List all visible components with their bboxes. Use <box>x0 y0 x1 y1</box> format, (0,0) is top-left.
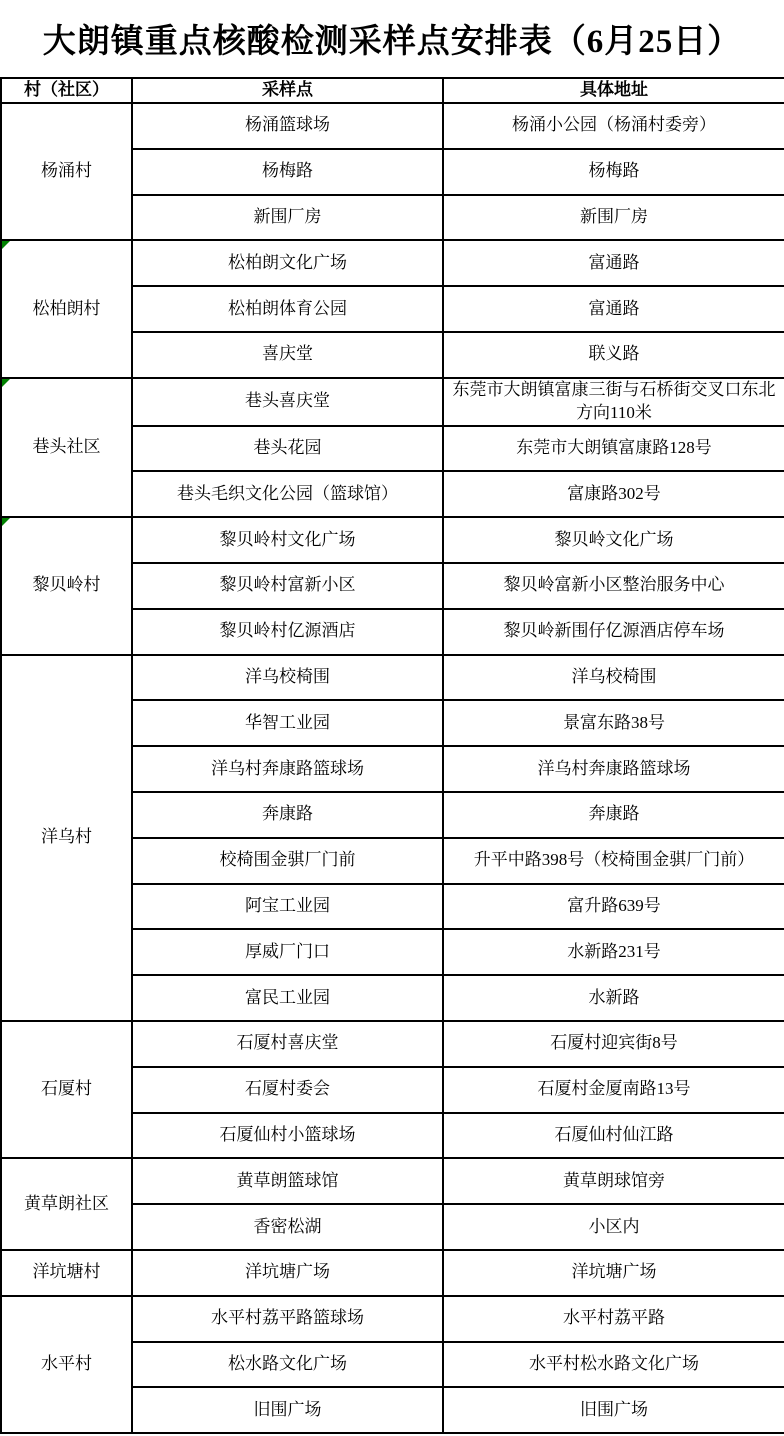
address-cell: 水新路231号 <box>443 929 784 975</box>
address-cell: 水平村松水路文化广场 <box>443 1342 784 1388</box>
sampling-point-cell: 黄草朗篮球馆 <box>132 1158 443 1204</box>
header-address: 具体地址 <box>443 78 784 103</box>
sampling-point-cell: 石厦村喜庆堂 <box>132 1021 443 1067</box>
address-cell: 富升路639号 <box>443 884 784 930</box>
sampling-point-cell: 黎贝岭村亿源酒店 <box>132 609 443 655</box>
address-cell: 富通路 <box>443 240 784 286</box>
address-cell: 富康路302号 <box>443 471 784 517</box>
table-row: 洋乌村洋乌校椅围洋乌校椅围 <box>1 655 784 701</box>
address-cell: 黎贝岭富新小区整治服务中心 <box>443 563 784 609</box>
table-row: 黎贝岭村黎贝岭村文化广场黎贝岭文化广场 <box>1 517 784 563</box>
sampling-point-cell: 水平村荔平路篮球场 <box>132 1296 443 1342</box>
sampling-point-cell: 喜庆堂 <box>132 332 443 378</box>
sampling-point-cell: 洋乌村奔康路篮球场 <box>132 746 443 792</box>
village-cell: 松柏朗村 <box>1 240 132 377</box>
table-row: 巷头社区巷头喜庆堂东莞市大朗镇富康三街与石桥街交叉口东北方向110米 <box>1 378 784 426</box>
address-cell: 洋坑塘广场 <box>443 1250 784 1296</box>
sampling-point-cell: 新围厂房 <box>132 195 443 241</box>
address-cell: 旧围广场 <box>443 1387 784 1433</box>
address-cell: 景富东路38号 <box>443 700 784 746</box>
sampling-point-cell: 阿宝工业园 <box>132 884 443 930</box>
address-cell: 石厦村金厦南路13号 <box>443 1067 784 1113</box>
village-cell: 巷头社区 <box>1 378 132 517</box>
table-row: 水平村水平村荔平路篮球场水平村荔平路 <box>1 1296 784 1342</box>
address-cell: 黎贝岭新围仔亿源酒店停车场 <box>443 609 784 655</box>
sampling-point-cell: 校椅围金骐厂门前 <box>132 838 443 884</box>
address-cell: 石厦村迎宾街8号 <box>443 1021 784 1067</box>
table-row: 松柏朗村松柏朗文化广场富通路 <box>1 240 784 286</box>
address-cell: 升平中路398号（校椅围金骐厂门前） <box>443 838 784 884</box>
sampling-point-cell: 杨梅路 <box>132 149 443 195</box>
sampling-point-cell: 香密松湖 <box>132 1204 443 1250</box>
address-cell: 石厦仙村仙江路 <box>443 1113 784 1159</box>
table-row: 黄草朗社区黄草朗篮球馆黄草朗球馆旁 <box>1 1158 784 1204</box>
address-cell: 水平村荔平路 <box>443 1296 784 1342</box>
address-cell: 东莞市大朗镇富康路128号 <box>443 426 784 472</box>
sampling-point-cell: 松水路文化广场 <box>132 1342 443 1388</box>
address-cell: 新围厂房 <box>443 195 784 241</box>
sampling-point-cell: 厚威厂门口 <box>132 929 443 975</box>
address-cell: 东莞市大朗镇富康三街与石桥街交叉口东北方向110米 <box>443 378 784 426</box>
address-cell: 黎贝岭文化广场 <box>443 517 784 563</box>
sampling-point-cell: 巷头毛织文化公园（篮球馆） <box>132 471 443 517</box>
sampling-point-cell: 石厦村委会 <box>132 1067 443 1113</box>
sampling-point-cell: 奔康路 <box>132 792 443 838</box>
cell-corner-marker-icon <box>2 241 10 249</box>
address-cell: 小区内 <box>443 1204 784 1250</box>
address-cell: 杨梅路 <box>443 149 784 195</box>
page-title: 大朗镇重点核酸检测采样点安排表（6月25日） <box>0 0 784 77</box>
table-row: 杨涌村杨涌篮球场杨涌小公园（杨涌村委旁） <box>1 103 784 149</box>
table-row: 石厦村石厦村喜庆堂石厦村迎宾街8号 <box>1 1021 784 1067</box>
sampling-point-cell: 巷头花园 <box>132 426 443 472</box>
address-cell: 黄草朗球馆旁 <box>443 1158 784 1204</box>
village-cell: 洋坑塘村 <box>1 1250 132 1296</box>
sampling-point-cell: 巷头喜庆堂 <box>132 378 443 426</box>
sampling-point-cell: 松柏朗体育公园 <box>132 286 443 332</box>
sampling-point-cell: 洋乌校椅围 <box>132 655 443 701</box>
sampling-point-cell: 富民工业园 <box>132 975 443 1021</box>
header-sampling-point: 采样点 <box>132 78 443 103</box>
cell-corner-marker-icon <box>2 379 10 387</box>
sampling-point-cell: 杨涌篮球场 <box>132 103 443 149</box>
village-cell: 洋乌村 <box>1 655 132 1021</box>
village-cell: 杨涌村 <box>1 103 132 240</box>
sampling-point-cell: 黎贝岭村富新小区 <box>132 563 443 609</box>
village-cell: 黎贝岭村 <box>1 517 132 654</box>
address-cell: 洋乌校椅围 <box>443 655 784 701</box>
village-cell: 石厦村 <box>1 1021 132 1158</box>
address-cell: 富通路 <box>443 286 784 332</box>
header-village: 村（社区） <box>1 78 132 103</box>
sampling-point-cell: 石厦仙村小篮球场 <box>132 1113 443 1159</box>
sampling-point-cell: 华智工业园 <box>132 700 443 746</box>
village-cell: 黄草朗社区 <box>1 1158 132 1250</box>
cell-corner-marker-icon <box>2 518 10 526</box>
sampling-point-cell: 洋坑塘广场 <box>132 1250 443 1296</box>
address-cell: 洋乌村奔康路篮球场 <box>443 746 784 792</box>
sampling-points-table: 村（社区） 采样点 具体地址 杨涌村杨涌篮球场杨涌小公园（杨涌村委旁）杨梅路杨梅… <box>0 77 784 1434</box>
sampling-point-cell: 松柏朗文化广场 <box>132 240 443 286</box>
sampling-point-cell: 黎贝岭村文化广场 <box>132 517 443 563</box>
address-cell: 水新路 <box>443 975 784 1021</box>
village-cell: 水平村 <box>1 1296 132 1433</box>
table-row: 洋坑塘村洋坑塘广场洋坑塘广场 <box>1 1250 784 1296</box>
address-cell: 联义路 <box>443 332 784 378</box>
page: 大朗镇重点核酸检测采样点安排表（6月25日） 村（社区） 采样点 具体地址 杨涌… <box>0 0 784 1436</box>
header-row: 村（社区） 采样点 具体地址 <box>1 78 784 103</box>
address-cell: 杨涌小公园（杨涌村委旁） <box>443 103 784 149</box>
sampling-point-cell: 旧围广场 <box>132 1387 443 1433</box>
address-cell: 奔康路 <box>443 792 784 838</box>
